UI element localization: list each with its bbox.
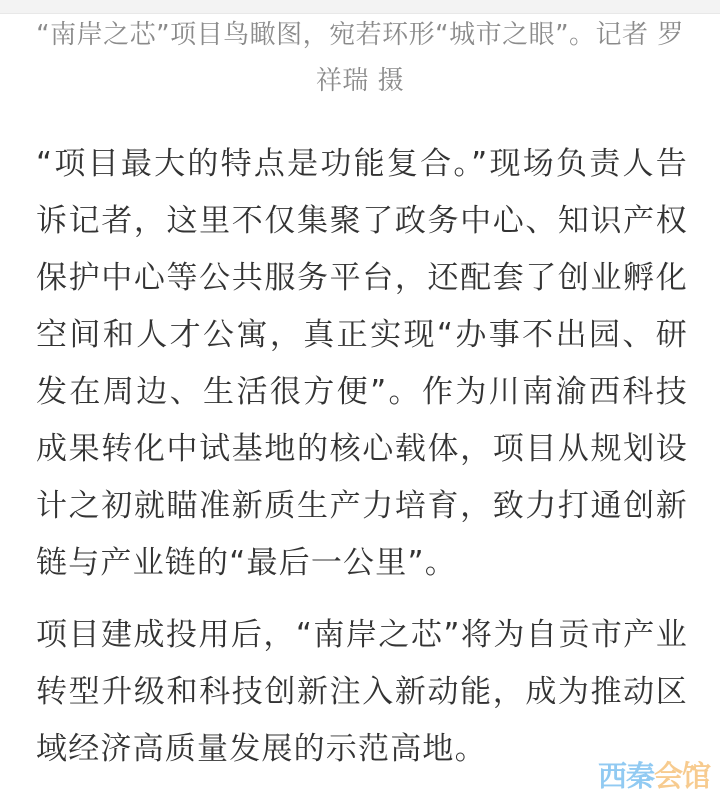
watermark-part-1: 西秦 — [598, 759, 654, 793]
paragraph-1: “项目最大的特点是功能复合。”现场负责人告诉记者，这里不仅集聚了政务中心、知识产… — [36, 136, 688, 592]
watermark-part-2: 会馆 — [654, 759, 710, 793]
article-body: “项目最大的特点是功能复合。”现场负责人告诉记者，这里不仅集聚了政务中心、知识产… — [36, 136, 688, 793]
paragraph-2: 项目建成投用后，“南岸之芯”将为自贡市产业转型升级和科技创新注入新动能，成为推动… — [36, 607, 688, 778]
watermark-logo: 西秦会馆 — [598, 754, 710, 795]
image-caption: “南岸之芯”项目鸟瞰图，宛若环形“城市之眼”。记者 罗祥瑞 摄 — [30, 12, 690, 104]
